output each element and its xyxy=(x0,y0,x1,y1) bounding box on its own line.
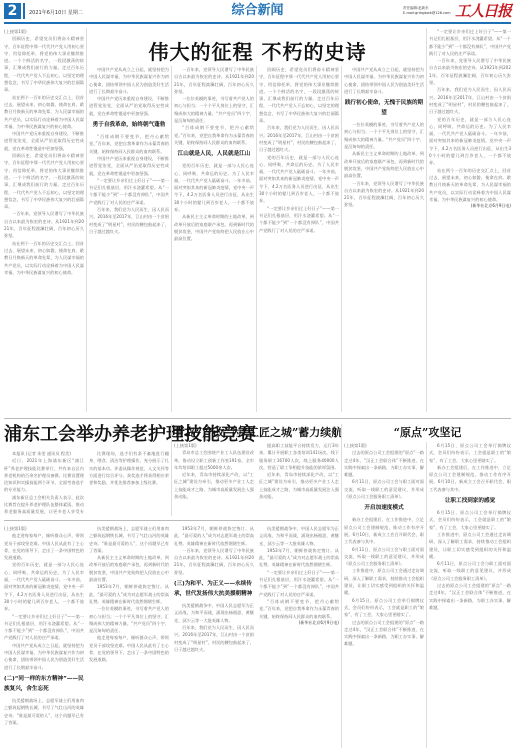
top-story-column-5: 中国共产党从成立之日起，就坚持把为中国人民谋幸福、为中华民族谋复兴作为初心使命，… xyxy=(344,66,424,412)
column-divider xyxy=(341,66,342,412)
byline: 本报讯 (记者 朱雯 通讯员 程美) xyxy=(4,450,84,457)
paragraph: 提高职工技能平台持续发力，运行3年来，累计开展职工各类培训141场次，线下服务职… xyxy=(259,442,339,471)
mid-story-headline: 青岛“产改”为“工匠之城”蓄力续航 xyxy=(174,426,339,440)
column-divider xyxy=(256,66,257,412)
paragraph: 一位位英模的事迹，书写着共产党人的初心与担当；一个个平凡岗位上的坚守，汇聚成伟大… xyxy=(89,605,169,634)
paragraph: 中国共产党从成立之日起，就坚持把为中国人民谋幸福、为中华民族谋复兴作为初心使命，… xyxy=(4,642,84,671)
paragraph: 中国共产党从成立之日起，就坚持把为中国人民谋幸福、为中华民族谋复兴作为初心使命，… xyxy=(89,66,169,95)
paragraph: 浦东新区总工会相关负责人表示，此次比赛旨在提升养老护理队伍整体素质，推动养老服务… xyxy=(4,494,84,516)
dateline: (上接第1版) xyxy=(4,28,84,35)
paragraph: 近年来，青岛市持续深化产改，以“工匠之城”建设为牵引，推动更多产业工人走上技能成… xyxy=(174,471,254,500)
dateline: (上接第1版) xyxy=(344,442,424,449)
right-story-column-1: (上接第1版) 过去的原点公司工会组建的“原点”一路走过4年，“汉正工会联合体”… xyxy=(344,442,424,748)
article-credit: (新华社北京6月9日电) xyxy=(429,203,511,209)
column-divider xyxy=(426,442,427,748)
continuation-column-3: 1953年7月，朝鲜停战协定签订。从此，“最可爱的人”成为对志愿军战士的崇高礼赞… xyxy=(174,525,254,748)
subheading: 江山就是人民，人民就是江山 xyxy=(174,149,254,159)
paragraph: 党的百年历史，就是一部与人民心连心、同呼吸、共命运的历史。为了人民幸福，一代代共… xyxy=(4,561,84,612)
paragraph: “一定要让乡亲们过上好日子”——第一书记们扎根基层，用汗水浇灌希望。从“一个都不… xyxy=(429,28,511,57)
masthead: 2 2021年6月10日 星期二 综合新闻 责任编辑:赵新东 E-mail:gr… xyxy=(0,0,515,22)
paragraph: 他走进每家每户，倾听群众心声，带领党员干部攻坚克难。中国人民从此有了主心骨，在党… xyxy=(4,532,84,561)
top-story-column-6: “一定要让乡亲们过上好日子”——第一书记们扎根基层，用汗水浇灌希望。从“一个都不… xyxy=(429,28,511,412)
paragraph: 回顾历史，希望党员们将奋斗精神坚守，百年征程中那一代代共产党人用初心坚守、用信仰… xyxy=(259,66,339,124)
paragraph: 抗美援朝战场上，志愿军战士们用血肉之躯筑起钢铁长城，书写了气壮山河的英雄史诗。“… xyxy=(4,697,84,726)
paragraph: 一位位英模的事迹，书写着共产党人的初心与担当；一个个平凡岗位上的坚守，汇聚成伟大… xyxy=(174,95,254,124)
paragraph: 从新民主主义革命时期的土地改革，到改革开放后的家庭联产承包，再到新时代的脱贫攻坚… xyxy=(174,213,254,242)
paragraph: 抗美援朝战场上，志愿军战士们用血肉之躯筑起钢铁长城，书写了气壮山河的英雄史诗。“… xyxy=(89,525,169,554)
paragraph: 站在两个一百年的历史交汇点上，回首过去，展望未来，初心如磐，使命在肩。敢教日月换… xyxy=(4,240,84,276)
paragraph: 比赛现场，选手们有条不紊地进行翻身、喂食、清洁等护理操作，充分展示了扎实的基本功… xyxy=(89,450,169,486)
paragraph: 青岛市总工会围绕产业工人队伍建设改革，推动设立职工创新工作室191家，全市年均培… xyxy=(174,449,254,471)
paragraph: “百炼成钢不要变节，把丹心献给党。”百年来，党把自我革命作为永葆青春的关键，始终… xyxy=(259,598,339,620)
paragraph: 近日，2021年上海浦东新区“浦江杯”养老护理技能比赛举行，共有来自区内养老机构… xyxy=(4,457,84,493)
article-credit: (新华社北京6月9日电) xyxy=(259,620,339,626)
paragraph: 中国共产党从成立之日起，就坚持把为中国人民谋幸福、为中华民族谋复兴作为初心使命，… xyxy=(344,66,424,95)
paragraph: 6月11日，原点公司工会与职工面对面交流，听取一线职工的意见建议，并形成《原点公… xyxy=(429,560,511,582)
paragraph: 新办工会组建后，在工作推进中，立足原点公司工会建制规范，推动工作有序开展。6月1… xyxy=(344,516,424,545)
subheading: 勇于自我革命，始终朝气蓬勃 xyxy=(89,120,169,130)
column-divider xyxy=(171,66,172,412)
mid-story-column-2: 提高职工技能平台持续发力，运行3年来，累计开展职工各类培训141场次，线下服务职… xyxy=(259,442,339,516)
paragraph: “一定要让乡亲们过上好日子”——第一书记们扎根基层，用汗水浇灌希望。从“一个都不… xyxy=(89,177,169,206)
paragraph: 1953年7月，朝鲜停战协定签订。从此，“最可爱的人”成为对志愿军战士的崇高礼赞… xyxy=(174,525,254,547)
left-story-column-1: 本报讯 (记者 朱雯 通讯员 程美) 近日，2021年上海浦东新区“浦江杯”养老… xyxy=(4,450,84,516)
column-divider xyxy=(171,424,172,516)
right-story-column-2: 6月15日，原点公司工会举行揭牌仪式，会员们纷纷表示，工会就是职工的“娘家”，有… xyxy=(429,442,511,748)
continuation-column-2: 抗美援朝战场上，志愿军战士们用血肉之躯筑起钢铁长城，书写了气壮山河的英雄史诗。“… xyxy=(89,525,169,748)
right-story-headline: “原点”攻坚记 xyxy=(344,426,511,440)
paragraph: 过去的原点公司工会组建的“原点”一路走过4年，“汉正工会联合体”不断推进，在实践… xyxy=(344,619,424,648)
paragraph: 百年来，我们党为人民而生、因人民而兴。2016年至2017年，江山村由一个贫困村… xyxy=(259,124,339,153)
paragraph: “一定要让乡亲们过上好日子”——第一书记们扎根基层，用汗水浇灌希望。从“一个都不… xyxy=(259,205,339,234)
subheading: (二)“同一样的东方精神”——民族复兴，舍生忘死 xyxy=(4,674,84,694)
paragraph: 一百年来，党领导人民谱写了中华民族自古以来最为恢宏的史诗。从1921年到2021… xyxy=(4,210,84,239)
paragraph: 一百年来，党领导人民谱写了中华民族自古以来最为恢宏的史诗。从1921年到2021… xyxy=(344,180,424,209)
top-story-column-1: (上接第1版) 回顾历史，希望党员们将奋斗精神坚守，百年征程中那一代代共产党人用… xyxy=(4,28,84,412)
paragraph: 1953年7月，朝鲜停战协定签订。从此，“最可爱的人”成为对志愿军战士的崇高礼赞… xyxy=(89,583,169,605)
section-divider xyxy=(4,418,511,419)
paragraph: 回顾历史，希望党员们将奋斗精神坚守，百年征程中那一代代共产党人用初心坚守、用信仰… xyxy=(4,152,84,210)
editor-contact: 责任编辑:赵新东 E-mail:grrbgbwk@126.com xyxy=(403,6,451,16)
paragraph: 一位位英模的事迹，书写着共产党人的初心与担当；一个个平凡岗位上的坚守，汇聚成伟大… xyxy=(344,121,424,150)
paragraph: 站在两个一百年的历史交汇点上，回首过去，展望未来，初心如磐，使命在肩。敢教日月换… xyxy=(429,167,511,203)
paragraph: “一定要让乡亲们过上好日子”——第一书记们扎根基层，用汗水浇灌希望。从“一个都不… xyxy=(259,569,339,598)
top-story-column-3: 一百年来，党领导人民谱写了中华民族自古以来最为恢宏的史诗。从1921年到2021… xyxy=(174,66,254,412)
paragraph: 过去的原点公司工会组建的“原点”一路走过4年，“汉正工会联合体”不断推进，在实践… xyxy=(344,449,424,478)
paragraph: 他走进每家每户，倾听群众心声，带领党员干部攻坚克难。中国人民从此有了主心骨，在党… xyxy=(89,634,169,663)
paragraph: 百年来，我们党为人民而生、因人民而兴。2016年至2017年，江山村由一个贫困村… xyxy=(429,86,511,115)
paragraph: 从新民主主义革命时期的土地改革，到改革开放后的家庭联产承包，再到新时代的脱贫攻坚… xyxy=(344,150,424,179)
paragraph: 站在两个一百年的历史交汇点上，回首过去，展望未来，初心如磐，使命在肩。敢教日月换… xyxy=(4,94,84,130)
paragraph: 中国共产党历来重视自身建设，不断推进管党治党，全面从严治党取得历史性成就，党在革… xyxy=(4,130,84,152)
paragraph: 一百年来，党领导人民谱写了中华民族自古以来最为恢宏的史诗。从1921年到2021… xyxy=(174,547,254,576)
paragraph: 工作推进中，原点公司工会通过走访调研，深入了解职工需求，持续推动工会组织建设，让… xyxy=(344,567,424,596)
column-divider xyxy=(426,28,427,412)
column-divider xyxy=(86,28,87,412)
subheading: 开启加速度模式 xyxy=(344,503,424,513)
editor-email[interactable]: E-mail:grrbgbwk@126.com xyxy=(403,11,451,16)
paragraph: 百年来，我们党为人民而生、因人民而兴。2016年至2017年，江山村由一个贫困村… xyxy=(174,624,254,653)
paragraph: 百年来，我们党为人民而生、因人民而兴。2016年至2017年，江山村由一个贫困村… xyxy=(89,206,169,235)
subheading: 让职工找到家的感觉 xyxy=(429,496,511,506)
paragraph: “百炼成钢不要变节，把丹心献给党。”百年来，党把自我革命作为永葆青春的关键，始终… xyxy=(89,133,169,155)
top-story-column-4: 回顾历史，希望党员们将奋斗精神坚守，百年征程中那一代代共产党人用初心坚守、用信仰… xyxy=(259,66,339,412)
paragraph: 党的百年历史，就是一部与人民心连心、同呼吸、共命运的历史。为了人民幸福，一代代共… xyxy=(429,116,511,167)
paragraph: 6月11日，原点公司工会与职工面对面交流，听取一线职工的意见建议，并形成《原点公… xyxy=(344,478,424,500)
paragraph: 6月15日，原点公司工会举行揭牌仪式，会员们纷纷表示，工会就是职工的“娘家”，有… xyxy=(429,442,511,464)
paragraph: 近年来，青岛市持续深化产改，以“工匠之城”建设为牵引，推动更多产业工人走上技能成… xyxy=(259,471,339,500)
paragraph: “百炼成钢不要变节，把丹心献给党。”百年来，党把自我革命作为永葆青春的关键，始终… xyxy=(174,124,254,146)
dateline: (上接第1版) xyxy=(4,525,84,532)
paragraph: 6月11日，原点公司工会与职工面对面交流，听取一线职工的意见建议，并形成《原点公… xyxy=(344,546,424,568)
paragraph: “一定要让乡亲们过上好日子”——第一书记们扎根基层，用汗水浇灌希望。从“一个都不… xyxy=(4,613,84,642)
column-divider xyxy=(341,424,342,748)
paragraph: 过去的原点公司工会组建的“原点”一路走过4年，“汉正工会联合体”不断推进，在实践… xyxy=(429,582,511,611)
paragraph: 一百年来，党领导人民谱写了中华民族自古以来最为恢宏的史诗。从1921年到2021… xyxy=(174,66,254,95)
paragraph: 一百年来，党领导人民谱写了中华民族自古以来最为恢宏的史诗。从1921年到2021… xyxy=(429,57,511,86)
top-story-column-2: 中国共产党从成立之日起，就坚持把为中国人民谋幸福、为中华民族谋复兴作为初心使命，… xyxy=(89,66,169,412)
newspaper-logo: 工人日报 xyxy=(455,2,511,20)
paragraph: 6月15日，原点公司工会举行揭牌仪式，会员们纷纷表示，工会就是职工的“娘家”，有… xyxy=(429,509,511,531)
subheading: (三)为和平、为正义——永续传承，世代发扬伟大抗美援朝精神 xyxy=(174,579,254,599)
paragraph: 1953年7月，朝鲜停战协定签订。从此，“最可爱的人”成为对志愿军战士的崇高礼赞… xyxy=(259,547,339,569)
paragraph: 6月15日，原点公司工会举行揭牌仪式，会员们纷纷表示，工会就是职工的“娘家”，有… xyxy=(344,597,424,619)
paragraph: 抗美援朝战争中，中国人民志愿军为正义而战，为和平而战，涌现出杨根思、黄继光、邱少… xyxy=(259,525,339,547)
paragraph: 中国共产党历来重视自身建设，不断推进管党治党，全面从严治党取得历史性成就，党在革… xyxy=(89,155,169,177)
continuation-column-4: 抗美援朝战争中，中国人民志愿军为正义而战，为和平而战，涌现出杨根思、黄继光、邱少… xyxy=(259,525,339,748)
dateline: (上接第1版) xyxy=(174,442,254,449)
continuation-column-1: (上接第1版) 他走进每家每户，倾听群众心声，带领党员干部攻坚克难。中国人民从此… xyxy=(4,525,84,748)
paragraph: 抗美援朝战争中，中国人民志愿军为正义而战，为和平而战，涌现出杨根思、黄继光、邱少… xyxy=(174,602,254,624)
paragraph: 从新民主主义革命时期的土地改革，到改革开放后的家庭联产承包，再到新时代的脱贫攻坚… xyxy=(89,554,169,583)
paragraph: 党的百年历史，就是一部与人民心连心、同呼吸、共命运的历史。为了人民幸福，一代代共… xyxy=(259,154,339,205)
paragraph: 党的百年历史，就是一部与人民心连心、同呼吸、共命运的历史。为了人民幸福，一代代共… xyxy=(174,162,254,213)
paragraph: 中国共产党历来重视自身建设，不断推进管党治党，全面从严治党取得历史性成就，党在革… xyxy=(89,95,169,117)
masthead-rule xyxy=(4,22,511,24)
paragraph: 工作推进中，原点公司工会通过走访调研，深入了解职工需求，持续推动工会组织建设，让… xyxy=(429,531,511,560)
paragraph: 新办工会组建后，在工作推进中，立足原点公司工会建制规范，推动工作有序开展。6月1… xyxy=(429,464,511,493)
paragraph: 回顾历史，希望党员们将奋斗精神坚守，百年征程中那一代代共产党人用初心坚守、用信仰… xyxy=(4,35,84,93)
section-divider xyxy=(4,520,339,521)
left-story-column-2: 比赛现场，选手们有条不紊地进行翻身、喂食、清洁等护理操作，充分展示了扎实的基本功… xyxy=(89,450,169,516)
subheading: 践行初心使命，无愧于民族的期望 xyxy=(344,98,424,118)
mid-story-column-1: (上接第1版) 青岛市总工会围绕产业工人队伍建设改革，推动设立职工创新工作室19… xyxy=(174,442,254,516)
